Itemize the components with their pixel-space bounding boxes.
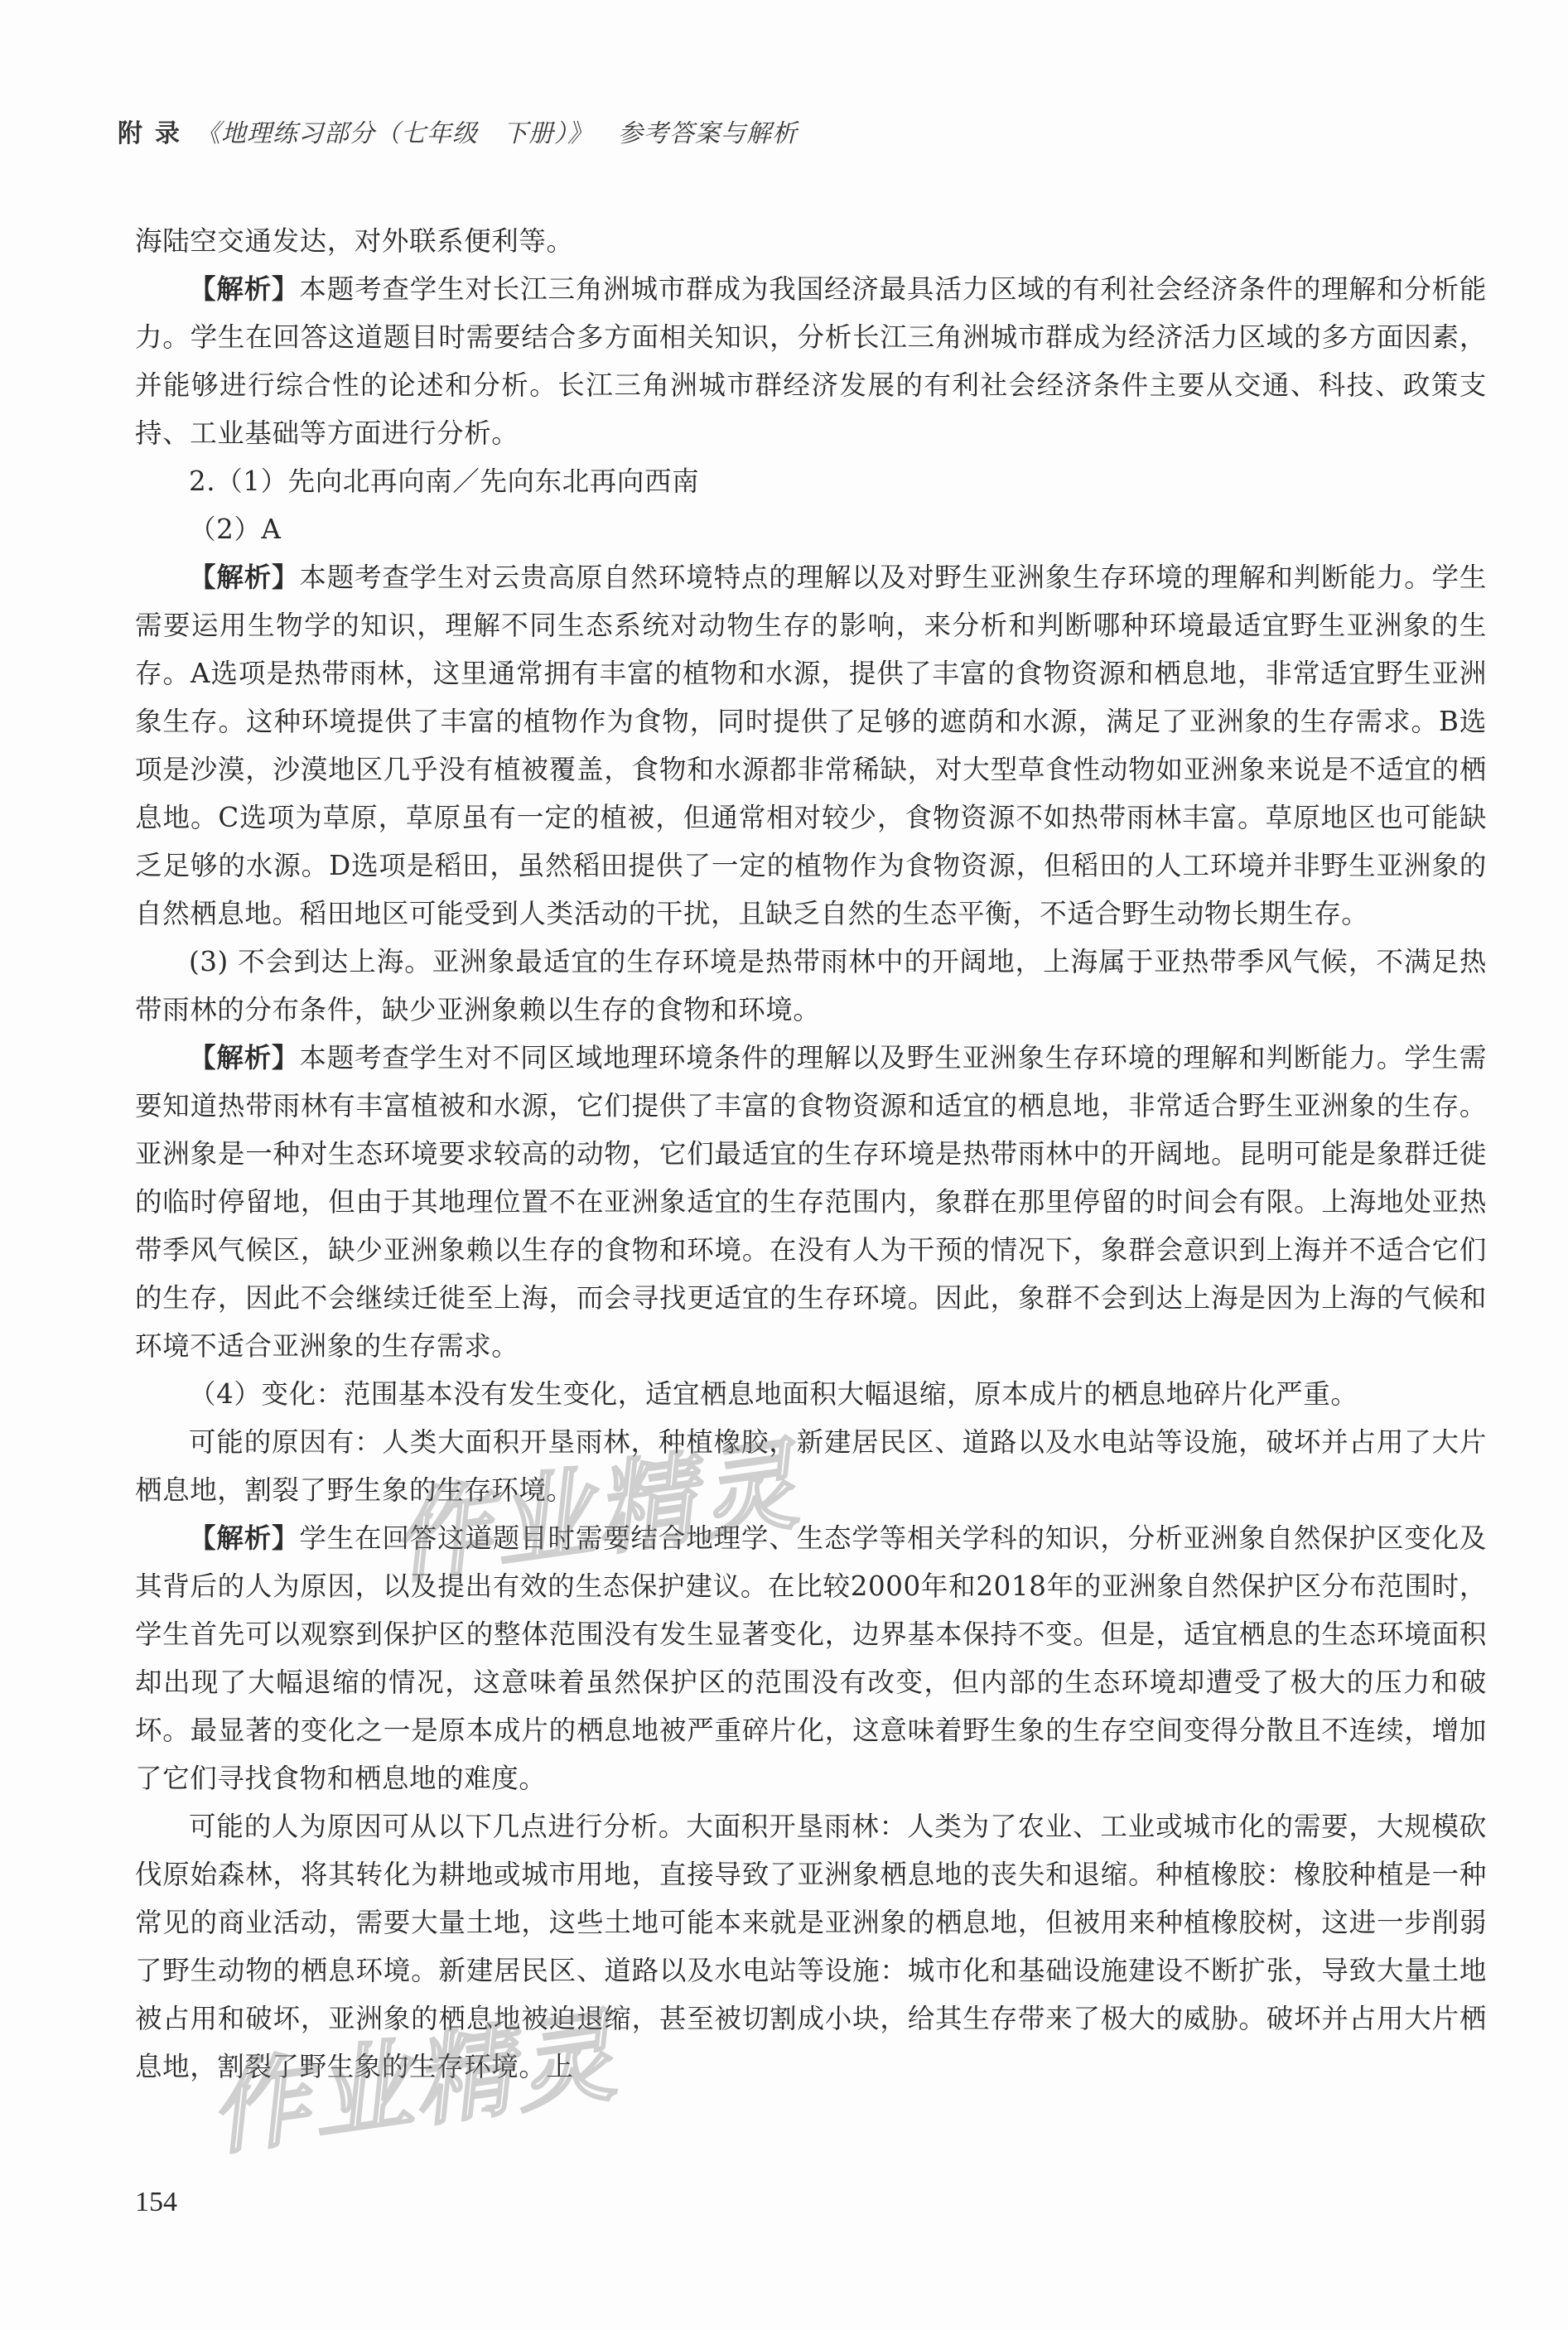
answer-2-4: （4）变化：范围基本没有发生变化，适宜栖息地面积大幅退缩，原本成片的栖息地碎片化…	[135, 1370, 1487, 1418]
page-body: 海陆空交通发达，对外联系便利等。 【解析】本题考查学生对长江三角洲城市群成为我国…	[135, 217, 1487, 2091]
paragraph-text: 本题考查学生对云贵高原自然环境特点的理解以及对野生亚洲象生存环境的理解和判断能力…	[135, 562, 1487, 929]
page-number: 154	[135, 2187, 177, 2218]
analysis-tag: 【解析】	[189, 561, 299, 593]
paragraph-text: 可能的原因有：人类大面积开垦雨林，种植橡胶，新建居民区、道路以及水电站等设施，破…	[135, 1426, 1487, 1506]
analysis-paragraph: 【解析】本题考查学生对云贵高原自然环境特点的理解以及对野生亚洲象生存环境的理解和…	[135, 553, 1487, 938]
paragraph-text: 海陆空交通发达，对外联系便利等。	[135, 225, 574, 257]
paragraph-text: 学生在回答这道题目时需要结合地理学、生态学等相关学科的知识，分析亚洲象自然保护区…	[135, 1522, 1487, 1794]
paragraph-text: 本题考查学生对长江三角洲城市群成为我国经济最具活力区域的有利社会经济条件的理解和…	[135, 273, 1487, 449]
paragraph-text: 可能的人为原因可从以下几点进行分析。大面积开垦雨林：人类为了农业、工业或城市化的…	[135, 1811, 1487, 2082]
paragraph-text: 2.（1）先向北再向南／先向东北再向西南	[189, 466, 699, 497]
analysis-continuation: 可能的人为原因可从以下几点进行分析。大面积开垦雨林：人类为了农业、工业或城市化的…	[135, 1802, 1487, 2091]
running-header: 附录《地理练习部分（七年级下册）》参考答案与解析	[118, 113, 798, 149]
header-book-title-2: 下册）》	[503, 119, 593, 148]
paragraph-text: （4）变化：范围基本没有发生变化，适宜栖息地面积大幅退缩，原本成片的栖息地碎片化…	[189, 1378, 1358, 1410]
analysis-paragraph: 【解析】本题考查学生对长江三角洲城市群成为我国经济最具活力区域的有利社会经济条件…	[135, 265, 1487, 457]
header-subtitle: 参考答案与解析	[618, 119, 798, 148]
answer-2-1: 2.（1）先向北再向南／先向东北再向西南	[135, 457, 1487, 505]
answer-2-4-reasons: 可能的原因有：人类大面积开垦雨林，种植橡胶，新建居民区、道路以及水电站等设施，破…	[135, 1418, 1487, 1514]
header-section-label-2: 录	[155, 119, 181, 148]
analysis-paragraph: 【解析】本题考查学生对不同区域地理环境条件的理解以及野生亚洲象生存环境的理解和判…	[135, 1034, 1487, 1370]
header-section-label: 附	[118, 119, 143, 148]
paragraph-text: （2）A	[189, 514, 282, 545]
analysis-tag: 【解析】	[189, 1041, 299, 1073]
header-book-title: 《地理练习部分（七年级	[195, 119, 478, 148]
answer-2-2: （2）A	[135, 505, 1487, 553]
answer-2-3: (3) 不会到达上海。亚洲象最适宜的生存环境是热带雨林中的开阔地，上海属于亚热带…	[135, 938, 1487, 1034]
analysis-tag: 【解析】	[189, 1522, 299, 1554]
analysis-tag: 【解析】	[189, 273, 299, 305]
paragraph-text: 本题考查学生对不同区域地理环境条件的理解以及野生亚洲象生存环境的理解和判断能力。…	[135, 1042, 1487, 1362]
paragraph-text: (3) 不会到达上海。亚洲象最适宜的生存环境是热带雨林中的开阔地，上海属于亚热带…	[135, 946, 1487, 1025]
analysis-paragraph: 【解析】学生在回答这道题目时需要结合地理学、生态学等相关学科的知识，分析亚洲象自…	[135, 1514, 1487, 1802]
paragraph-continuation: 海陆空交通发达，对外联系便利等。	[135, 217, 1487, 265]
